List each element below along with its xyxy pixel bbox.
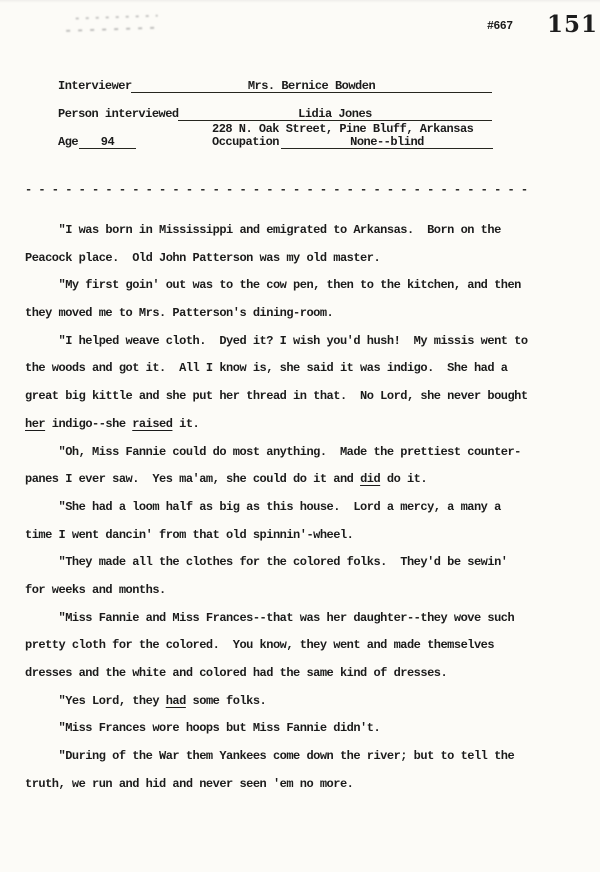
text-line: her indigo--she raised it. [25,411,581,439]
person-interviewed-label: Person interviewed [58,107,179,121]
underlined-word: had [166,694,186,708]
text-segment: the woods and got it. All I know is, she… [25,361,507,375]
text-segment: "During of the War them Yankees come dow… [25,749,514,763]
text-segment: "They made all the clothes for the color… [25,555,507,569]
text-line: "During of the War them Yankees come dow… [25,743,581,771]
text-line: great big kittle and she put her thread … [25,383,581,411]
document-number: #667 [487,20,513,33]
text-line: they moved me to Mrs. Patterson's dining… [25,300,581,328]
text-line: time I went dancin' from that old spinni… [25,522,581,550]
person-interviewed-value: Lidia Jones [298,107,372,121]
page-number: 151 [547,11,598,38]
underlined-word: did [360,472,380,486]
age-underline: 94 [79,133,136,149]
text-segment: truth, we run and hid and never seen 'em… [25,777,353,791]
text-line: "Miss Frances wore hoops but Miss Fannie… [25,715,581,743]
text-segment: "I was born in Mississippi and emigrated… [25,223,501,237]
text-segment: pretty cloth for the colored. You know, … [25,638,494,652]
text-line: "Oh, Miss Fannie could do most anything.… [25,439,581,467]
occupation-value: None--blind [350,135,424,149]
text-line: "I helped weave cloth. Dyed it? I wish y… [25,328,581,356]
text-segment: great big kittle and she put her thread … [25,389,528,403]
scan-edge-shading [0,0,600,3]
text-line: "She had a loom half as big as this hous… [25,494,581,522]
text-segment: "My first goin' out was to the cow pen, … [25,278,521,292]
text-line: truth, we run and hid and never seen 'em… [25,771,581,799]
text-segment: "I helped weave cloth. Dyed it? I wish y… [25,334,528,348]
text-line: Peacock place. Old John Patterson was my… [25,245,581,273]
text-segment: "Miss Frances wore hoops but Miss Fannie… [25,721,380,735]
text-segment: "Oh, Miss Fannie could do most anything.… [25,445,521,459]
text-line: pretty cloth for the colored. You know, … [25,632,581,660]
text-line: "I was born in Mississippi and emigrated… [25,217,581,245]
text-line: "Miss Fannie and Miss Frances--that was … [25,605,581,633]
text-segment: indigo--she [45,417,132,431]
text-segment: "She had a loom half as big as this hous… [25,500,501,514]
person-interviewed-underline: Lidia Jones [178,105,492,121]
text-segment: Peacock place. Old John Patterson was my… [25,251,380,265]
text-segment: for weeks and months. [25,583,166,597]
document-body: "I was born in Mississippi and emigrated… [25,217,581,798]
underlined-word: her [25,417,45,431]
age-value: 94 [101,135,114,149]
underlined-word: raised [132,417,172,431]
text-line: the woods and got it. All I know is, she… [25,355,581,383]
text-line: panes I ever saw. Yes ma'am, she could d… [25,466,581,494]
dashed-divider: - - - - - - - - - - - - - - - - - - - - … [25,183,528,197]
interviewer-value: Mrs. Bernice Bowden [248,79,375,93]
text-line: dresses and the white and colored had th… [25,660,581,688]
document-page: #667 151 Interviewer Mrs. Bernice Bowden… [0,0,600,872]
occupation-label: Occupation [212,135,279,149]
text-segment: it. [172,417,199,431]
text-segment: "Miss Fannie and Miss Frances--that was … [25,611,514,625]
text-segment: "Yes Lord, they [25,694,166,708]
interviewer-label: Interviewer [58,79,132,93]
text-line: "Yes Lord, they had some folks. [25,688,581,716]
text-segment: they moved me to Mrs. Patterson's dining… [25,306,333,320]
text-line: for weeks and months. [25,577,581,605]
interviewer-underline: Mrs. Bernice Bowden [131,77,492,93]
age-label: Age [58,135,78,149]
text-segment: some folks. [186,694,266,708]
occupation-underline: None--blind [281,133,493,149]
text-line: "My first goin' out was to the cow pen, … [25,272,581,300]
text-line: "They made all the clothes for the color… [25,549,581,577]
text-segment: time I went dancin' from that old spinni… [25,528,353,542]
text-segment: panes I ever saw. Yes ma'am, she could d… [25,472,360,486]
text-segment: do it. [380,472,427,486]
text-segment: dresses and the white and colored had th… [25,666,447,680]
pencil-smudge [66,10,175,40]
